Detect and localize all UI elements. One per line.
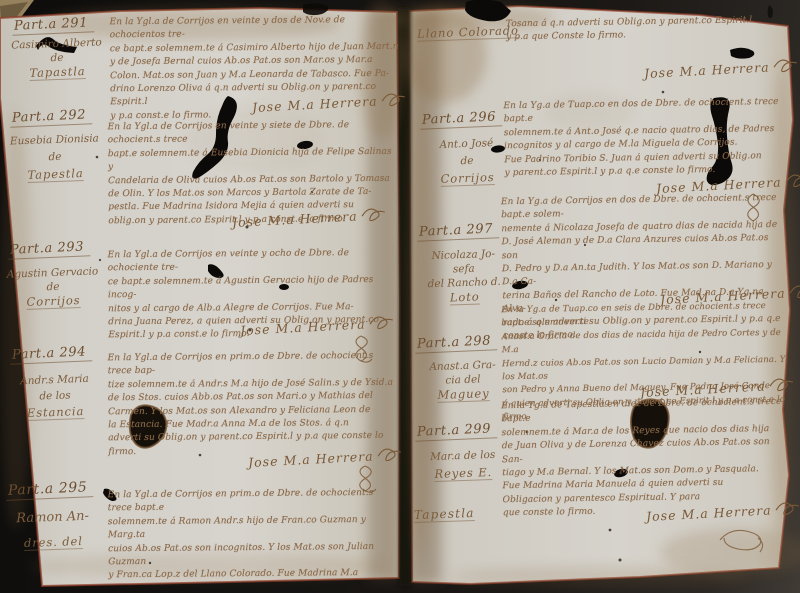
entry-number: Part.a 299 [415,421,498,442]
entry-number: Part.a 292 [10,107,93,128]
entry-margin-place: Tapestla [414,506,475,522]
rubric-flourish-icon [716,524,768,556]
entry-body-text: Tosana á q.n adverti su Oblig.on y paren… [506,14,792,45]
entry-body-text: En la Ygl.a de Corrijos en prim.o de Dbr… [108,487,399,583]
entry-body-text: En la Ygl.a de Corrijos en prim.o de Dbr… [108,350,399,460]
signature-rubric-icon [359,203,386,224]
signature-rubric-icon [367,311,394,332]
entry-margin-name: Mar.a de losReyes E. [409,446,516,484]
entry-number: Part.a 296 [420,109,503,130]
rubric-flourish-icon [344,334,378,364]
entry-number: Part.a 297 [417,221,500,242]
entry-number: Part.a 298 [415,333,498,354]
entry-number: Part.a 293 [8,239,91,260]
entry-margin-name: Andr.s Mariade losEstancia [1,370,109,422]
entry-margin-name: Agustin GervaciodeCorrijos [0,264,107,310]
manuscript-scan: Part.a 291 Casimiro AlbertodeTapastla En… [0,0,800,593]
entry-margin-name: Ramon An-dres. del [0,504,107,556]
entry-margin-name: Anast.a Gra-cia delMaguey [409,357,516,403]
signature-rubric-icon [767,373,794,394]
signature-rubric-icon [375,443,402,464]
entry-margin-name: Eusebia DionisiadeTapestla [1,130,109,185]
entry-margin-name: Casimiro AlbertodeTapastla [3,35,110,81]
entry-body-text: En la Yg.a de Tuap.co en dos de Dbre. de… [503,96,790,181]
signature-rubric-icon [787,280,800,301]
entry-number: Part.a 295 [6,479,94,501]
rubric-flourish-icon [736,192,770,224]
entry-number: Part.a 294 [10,344,93,365]
rubric-flourish-icon [348,464,382,494]
entry-number: Part.a 291 [12,15,95,36]
signature-rubric-icon [771,54,798,75]
signature-rubric-icon [783,169,800,190]
signature-rubric-icon [379,88,406,109]
signature-rubric-icon [773,497,800,518]
